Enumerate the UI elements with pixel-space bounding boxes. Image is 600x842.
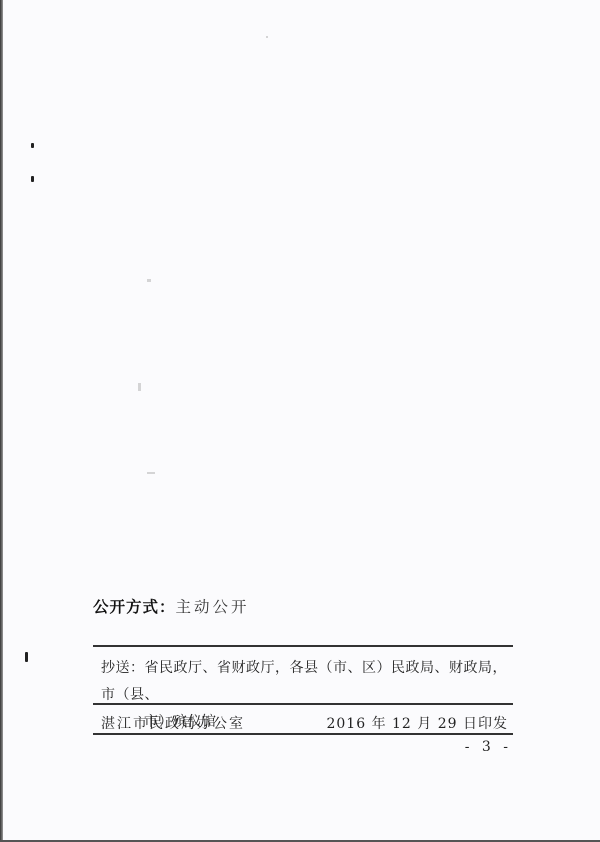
disclosure-value: 主动公开 (176, 598, 250, 616)
divider-bottom (93, 733, 513, 735)
scan-speck (266, 36, 268, 38)
scan-mark (31, 143, 34, 148)
scan-mark (31, 176, 34, 182)
scan-speck (147, 279, 151, 282)
scan-mark (25, 652, 28, 662)
scan-speck (138, 383, 141, 391)
divider-middle (93, 703, 513, 705)
scan-page-edge-left (0, 0, 3, 842)
divider-top (93, 645, 513, 647)
issuing-office: 湛江市民政局办公室 (101, 713, 245, 733)
disclosure-label: 公开方式： (93, 598, 176, 616)
page-number: - 3 - (465, 739, 512, 755)
disclosure-method: 公开方式：主动公开 (93, 595, 250, 617)
issue-date: 2016 年 12 月 29 日印发 (326, 713, 508, 733)
scan-speck (147, 472, 155, 474)
cc-line-1: 抄送：省民政厅、省财政厅，各县（市、区）民政局、财政局，市（县、 (101, 660, 507, 703)
